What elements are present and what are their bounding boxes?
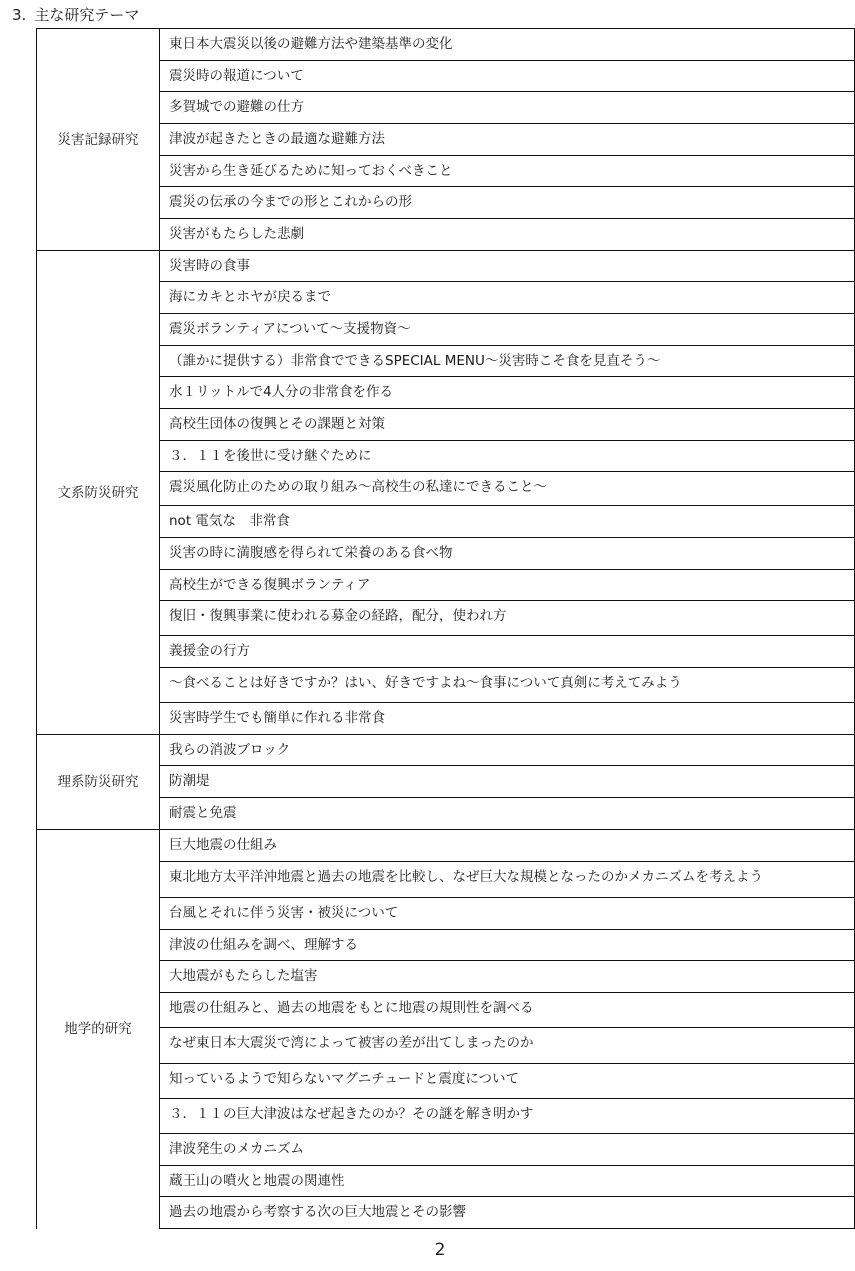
table-row: ３．１１を後世に受け継ぐために xyxy=(37,441,855,472)
topic-text: 高校生ができる復興ボランティア xyxy=(169,577,370,593)
topic-cell: 災害から生き延びるために知っておくべきこと xyxy=(160,156,855,187)
topic-text: 東北地方太平洋沖地震と過去の地震を比較し、なぜ巨大な規模となったのかメカニズムを… xyxy=(169,869,763,885)
topic-text: 震災風化防止のための取り組み～高校生の私達にできること～ xyxy=(169,479,547,495)
page-number: 2 xyxy=(0,1240,855,1260)
category-label: 地学的研究 xyxy=(64,1021,132,1037)
topic-text: 大地震がもたらした塩害 xyxy=(169,968,318,984)
table-row: 津波発生のメカニズム xyxy=(37,1134,855,1166)
section-heading: 3.主な研究テーマ xyxy=(12,4,139,26)
topic-text: 復旧・復興事業に使われる募金の経路，配分，使われ方 xyxy=(169,608,507,624)
topic-cell: 災害の時に満腹感を得られて栄養のある食べ物 xyxy=(160,538,855,570)
topic-cell: 東日本大震災以後の避難方法や建築基準の変化 xyxy=(160,29,855,61)
topic-cell: 震災ボランティアについて～支援物資～ xyxy=(160,314,855,346)
topic-cell: 地震の仕組みと、過去の地震をもとに地震の規則性を調べる xyxy=(160,993,855,1028)
topic-text: 災害時の食事 xyxy=(169,258,250,274)
category-cell: 文系防災研究 xyxy=(37,251,160,735)
topic-cell: ３．１１の巨大津波はなぜ起きたのか？その謎を解き明かす xyxy=(160,1099,855,1134)
research-theme-table: 災害記録研究東日本大震災以後の避難方法や建築基準の変化震災時の報道について多賀城… xyxy=(36,28,855,1229)
table-row: 蔵王山の噴火と地震の関連性 xyxy=(37,1166,855,1197)
topic-cell: 我らの消波ブロック xyxy=(160,735,855,766)
table-row: 水１リットルで4人分の非常食を作る xyxy=(37,377,855,409)
topic-text: 災害から生き延びるために知っておくべきこと xyxy=(169,163,453,179)
table-row: 知っているようで知らないマグニチュードと震度について xyxy=(37,1064,855,1099)
category-cell: 理系防災研究 xyxy=(37,735,160,830)
table-row: 文系防災研究災害時の食事 xyxy=(37,251,855,282)
table-row: ３．１１の巨大津波はなぜ起きたのか？その謎を解き明かす xyxy=(37,1099,855,1134)
table-row: 震災風化防止のための取り組み～高校生の私達にできること～ xyxy=(37,472,855,506)
topic-cell: 復旧・復興事業に使われる募金の経路，配分，使われ方 xyxy=(160,601,855,636)
topic-cell: 震災風化防止のための取り組み～高校生の私達にできること～ xyxy=(160,472,855,506)
topic-text: 地震の仕組みと、過去の地震をもとに地震の規則性を調べる xyxy=(169,1000,534,1016)
table-row: 地学的研究巨大地震の仕組み xyxy=(37,830,855,862)
topic-cell: 多賀城での避難の仕方 xyxy=(160,92,855,124)
topic-text: 東日本大震災以後の避難方法や建築基準の変化 xyxy=(169,36,453,52)
table-row: 災害から生き延びるために知っておくべきこと xyxy=(37,156,855,187)
topic-cell: 災害時の食事 xyxy=(160,251,855,282)
topic-text: 津波発生のメカニズム xyxy=(169,1141,304,1157)
table-row: なぜ東日本大震災で湾によって被害の差が出てしまったのか xyxy=(37,1028,855,1064)
table-row: 理系防災研究我らの消波ブロック xyxy=(37,735,855,766)
topic-text: 多賀城での避難の仕方 xyxy=(169,99,304,115)
topic-text: ～食べることは好きですか？はい、好きですよね～食事について真剣に考えてみよう xyxy=(169,675,682,691)
table-row: 復旧・復興事業に使われる募金の経路，配分，使われ方 xyxy=(37,601,855,636)
topic-cell: 耐震と免震 xyxy=(160,798,855,830)
topic-text: 耐震と免震 xyxy=(169,805,237,821)
topic-text: 台風とそれに伴う災害・被災について xyxy=(169,905,398,921)
table-row: 災害がもたらした悲劇 xyxy=(37,219,855,251)
table-row: 震災時の報道について xyxy=(37,61,855,92)
table-row: 耐震と免震 xyxy=(37,798,855,830)
section-number: 3. xyxy=(12,6,26,24)
section-title: 主な研究テーマ xyxy=(34,6,139,24)
topic-cell: 義援金の行方 xyxy=(160,636,855,668)
table-row: 震災の伝承の今までの形とこれからの形 xyxy=(37,187,855,219)
topic-cell: not 電気な 非常食 xyxy=(160,506,855,538)
research-theme-table-body: 災害記録研究東日本大震災以後の避難方法や建築基準の変化震災時の報道について多賀城… xyxy=(37,29,855,1229)
category-label: 災害記録研究 xyxy=(58,132,139,148)
topic-text: 災害の時に満腹感を得られて栄養のある食べ物 xyxy=(169,545,453,561)
topic-text: 高校生団体の復興とその課題と対策 xyxy=(169,416,385,432)
table-row: 津波の仕組みを調べ、理解する xyxy=(37,930,855,961)
topic-text: 災害時学生でも簡単に作れる非常食 xyxy=(169,710,385,726)
topic-cell: 災害がもたらした悲劇 xyxy=(160,219,855,251)
table-row: 過去の地震から考察する次の巨大地震とその影響 xyxy=(37,1197,855,1229)
table-row: 大地震がもたらした塩害 xyxy=(37,961,855,993)
topic-text: 過去の地震から考察する次の巨大地震とその影響 xyxy=(169,1204,466,1220)
topic-text: not 電気な 非常食 xyxy=(169,513,290,529)
category-cell: 災害記録研究 xyxy=(37,29,160,251)
topic-cell: 知っているようで知らないマグニチュードと震度について xyxy=(160,1064,855,1099)
table-row: ～食べることは好きですか？はい、好きですよね～食事について真剣に考えてみよう xyxy=(37,668,855,703)
category-label: 理系防災研究 xyxy=(58,774,139,790)
topic-text: 震災時の報道について xyxy=(169,68,304,84)
topic-text: 災害がもたらした悲劇 xyxy=(169,226,304,242)
topic-cell: 津波発生のメカニズム xyxy=(160,1134,855,1166)
topic-text: 知っているようで知らないマグニチュードと震度について xyxy=(169,1071,519,1087)
table-row: 防潮堤 xyxy=(37,766,855,798)
table-row: 地震の仕組みと、過去の地震をもとに地震の規則性を調べる xyxy=(37,993,855,1028)
topic-text: 震災の伝承の今までの形とこれからの形 xyxy=(169,194,412,210)
topic-cell: 防潮堤 xyxy=(160,766,855,798)
table-row: not 電気な 非常食 xyxy=(37,506,855,538)
table-row: 震災ボランティアについて～支援物資～ xyxy=(37,314,855,346)
table-row: 多賀城での避難の仕方 xyxy=(37,92,855,124)
topic-text: なぜ東日本大震災で湾によって被害の差が出てしまったのか xyxy=(169,1035,534,1051)
table-row: （誰かに提供する）非常食でできるSPECIAL MENU～災害時こそ食を見直そう… xyxy=(37,346,855,377)
category-label: 文系防災研究 xyxy=(58,485,139,501)
topic-text: 水１リットルで4人分の非常食を作る xyxy=(169,384,393,400)
topic-cell: 震災の伝承の今までの形とこれからの形 xyxy=(160,187,855,219)
topic-text: 蔵王山の噴火と地震の関連性 xyxy=(169,1173,345,1189)
topic-text: ３．１１の巨大津波はなぜ起きたのか？その謎を解き明かす xyxy=(169,1106,534,1122)
topic-text: 海にカキとホヤが戻るまで xyxy=(169,289,331,305)
topic-text: 義援金の行方 xyxy=(169,643,250,659)
topic-cell: 津波の仕組みを調べ、理解する xyxy=(160,930,855,961)
table-row: 海にカキとホヤが戻るまで xyxy=(37,282,855,314)
topic-cell: 過去の地震から考察する次の巨大地震とその影響 xyxy=(160,1197,855,1229)
topic-text: 巨大地震の仕組み xyxy=(169,837,277,853)
table-row: 台風とそれに伴う災害・被災について xyxy=(37,898,855,930)
topic-cell: 水１リットルで4人分の非常食を作る xyxy=(160,377,855,409)
table-row: 東北地方太平洋沖地震と過去の地震を比較し、なぜ巨大な規模となったのかメカニズムを… xyxy=(37,862,855,898)
table-row: 災害の時に満腹感を得られて栄養のある食べ物 xyxy=(37,538,855,570)
topic-cell: ～食べることは好きですか？はい、好きですよね～食事について真剣に考えてみよう xyxy=(160,668,855,703)
topic-text: 我らの消波ブロック xyxy=(169,742,290,758)
topic-text: ３．１１を後世に受け継ぐために xyxy=(169,448,372,464)
topic-cell: 災害時学生でも簡単に作れる非常食 xyxy=(160,703,855,735)
topic-cell: 東北地方太平洋沖地震と過去の地震を比較し、なぜ巨大な規模となったのかメカニズムを… xyxy=(160,862,855,898)
topic-cell: 蔵王山の噴火と地震の関連性 xyxy=(160,1166,855,1197)
table-row: 高校生ができる復興ボランティア xyxy=(37,570,855,601)
table-row: 津波が起きたときの最適な避難方法 xyxy=(37,124,855,156)
topic-cell: 震災時の報道について xyxy=(160,61,855,92)
topic-cell: 巨大地震の仕組み xyxy=(160,830,855,862)
table-row: 高校生団体の復興とその課題と対策 xyxy=(37,409,855,441)
topic-cell: 高校生団体の復興とその課題と対策 xyxy=(160,409,855,441)
topic-text: 防潮堤 xyxy=(169,773,210,789)
topic-cell: ３．１１を後世に受け継ぐために xyxy=(160,441,855,472)
topic-cell: 大地震がもたらした塩害 xyxy=(160,961,855,993)
topic-cell: なぜ東日本大震災で湾によって被害の差が出てしまったのか xyxy=(160,1028,855,1064)
topic-cell: 海にカキとホヤが戻るまで xyxy=(160,282,855,314)
topic-text: 震災ボランティアについて～支援物資～ xyxy=(169,321,411,337)
topic-cell: （誰かに提供する）非常食でできるSPECIAL MENU～災害時こそ食を見直そう… xyxy=(160,346,855,377)
table-row: 災害記録研究東日本大震災以後の避難方法や建築基準の変化 xyxy=(37,29,855,61)
table-row: 災害時学生でも簡単に作れる非常食 xyxy=(37,703,855,735)
category-cell: 地学的研究 xyxy=(37,830,160,1229)
topic-cell: 津波が起きたときの最適な避難方法 xyxy=(160,124,855,156)
topic-text: 津波の仕組みを調べ、理解する xyxy=(169,937,358,953)
topic-text: （誰かに提供する）非常食でできるSPECIAL MENU～災害時こそ食を見直そう… xyxy=(169,353,660,369)
topic-text: 津波が起きたときの最適な避難方法 xyxy=(169,131,385,147)
table-row: 義援金の行方 xyxy=(37,636,855,668)
topic-cell: 台風とそれに伴う災害・被災について xyxy=(160,898,855,930)
topic-cell: 高校生ができる復興ボランティア xyxy=(160,570,855,601)
